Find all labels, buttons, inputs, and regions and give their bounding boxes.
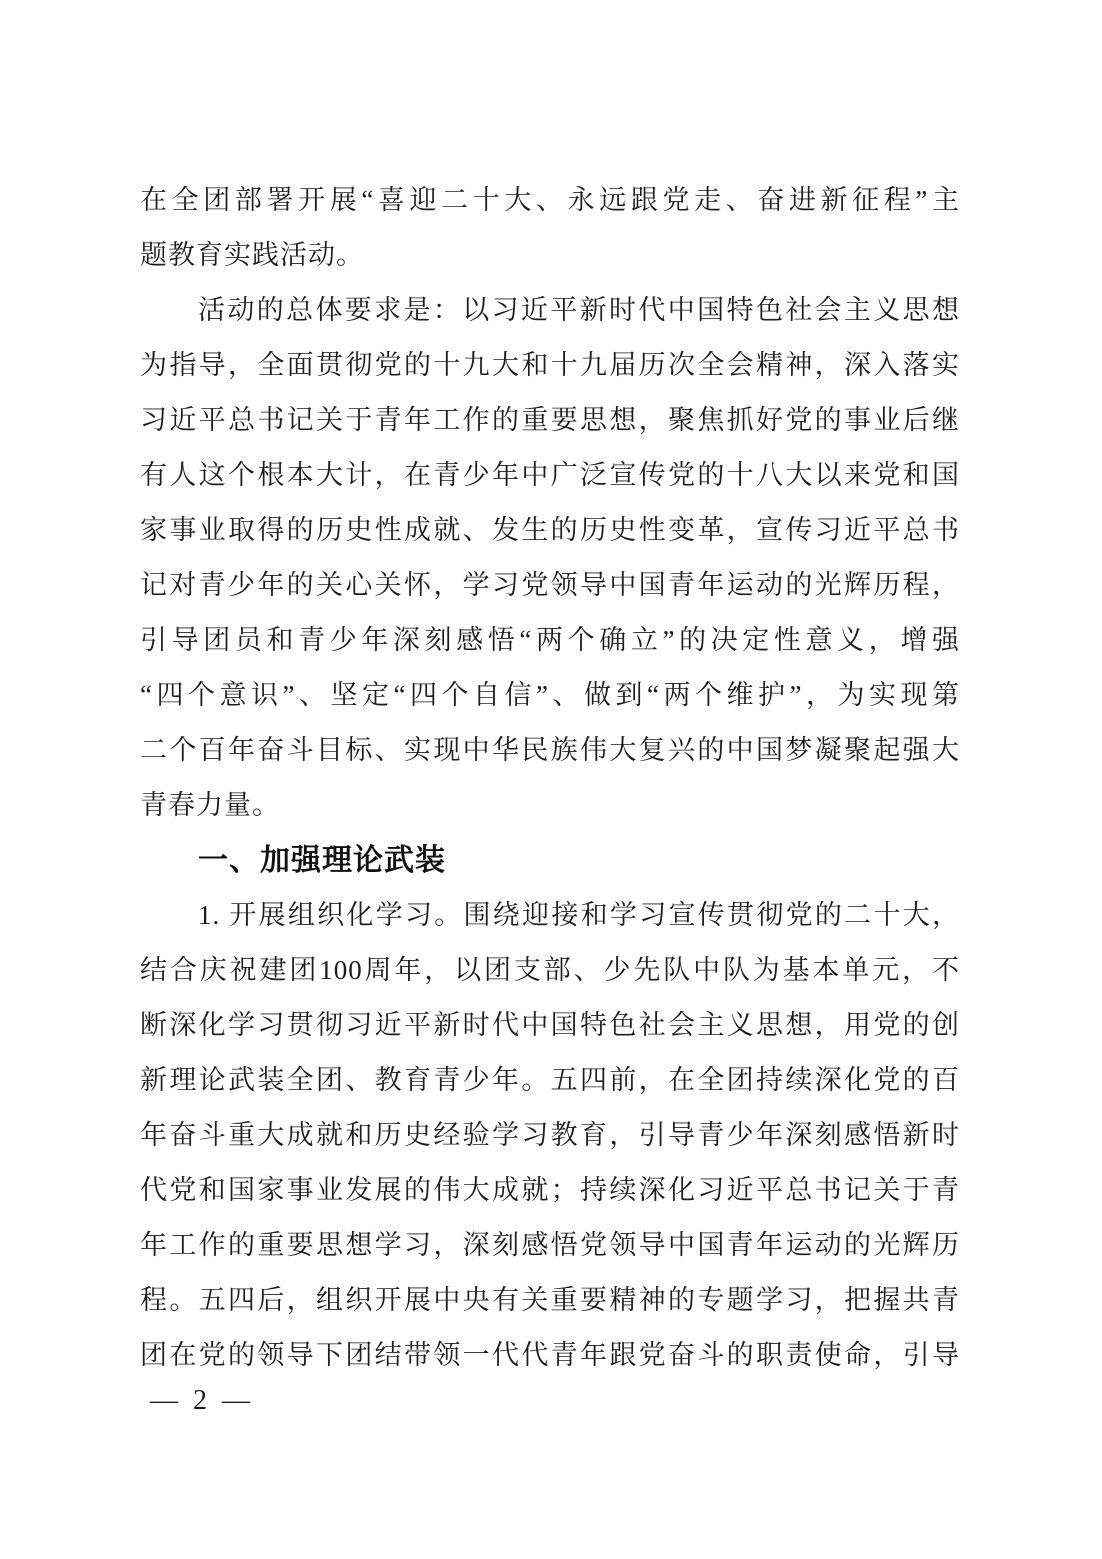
page-number: — 2 — xyxy=(150,1385,254,1417)
text-line: 有人这个根本大计，在青少年中广泛宣传党的十八大以来党和国 xyxy=(140,448,960,503)
text-line: 青春力量。 xyxy=(140,778,960,833)
text-line: 家事业取得的历史性成就、发生的历史性变革，宣传习近平总书 xyxy=(140,503,960,558)
text-line: 年奋斗重大成就和历史经验学习教育，引导青少年深刻感悟新时 xyxy=(140,1108,960,1163)
text-line: 程。五四后，组织开展中央有关重要精神的专题学习，把握共青 xyxy=(140,1273,960,1328)
text-line: 在全团部署开展“喜迎二十大、永远跟党走、奋进新征程”主 xyxy=(140,173,960,228)
text-line: 断深化学习贯彻习近平新时代中国特色社会主义思想，用党的创 xyxy=(140,998,960,1053)
text-line: 记对青少年的关心关怀，学习党领导中国青年运动的光辉历程， xyxy=(140,558,960,613)
text-line: 结合庆祝建团100周年，以团支部、少先队中队为基本单元，不 xyxy=(140,943,960,998)
text-line: 习近平总书记关于青年工作的重要思想，聚焦抓好党的事业后继 xyxy=(140,393,960,448)
text-line: 年工作的重要思想学习，深刻感悟党领导中国青年运动的光辉历 xyxy=(140,1218,960,1273)
text-line: 1. 开展组织化学习。围绕迎接和学习宣传贯彻党的二十大， xyxy=(140,888,960,943)
text-line: “四个意识”、坚定“四个自信”、做到“两个维护”，为实现第 xyxy=(140,668,960,723)
document-body: 在全团部署开展“喜迎二十大、永远跟党走、奋进新征程”主题教育实践活动。活动的总体… xyxy=(140,173,960,1383)
text-line: 新理论武装全团、教育青少年。五四前，在全团持续深化党的百 xyxy=(140,1053,960,1108)
document-page: 在全团部署开展“喜迎二十大、永远跟党走、奋进新征程”主题教育实践活动。活动的总体… xyxy=(0,0,1102,1559)
item-lead-title: 开展组织化学习。 xyxy=(229,900,463,930)
text-segment: 围绕迎接和学习宣传贯彻党的二十大， xyxy=(464,900,960,930)
text-line: 为指导，全面贯彻党的十九大和十九届历次全会精神，深入落实 xyxy=(140,338,960,393)
text-line: 二个百年奋斗目标、实现中华民族伟大复兴的中国梦凝聚起强大 xyxy=(140,723,960,778)
text-line: 代党和国家事业发展的伟大成就；持续深化习近平总书记关于青 xyxy=(140,1163,960,1218)
text-segment: 1. xyxy=(198,900,229,930)
text-line: 题教育实践活动。 xyxy=(140,228,960,283)
text-line: 引导团员和青少年深刻感悟“两个确立”的决定性意义，增强 xyxy=(140,613,960,668)
text-line: 团在党的领导下团结带领一代代青年跟党奋斗的职责使命，引导 xyxy=(140,1328,960,1383)
text-line: 活动的总体要求是：以习近平新时代中国特色社会主义思想 xyxy=(140,283,960,338)
section-heading: 一、加强理论武装 xyxy=(140,833,960,888)
